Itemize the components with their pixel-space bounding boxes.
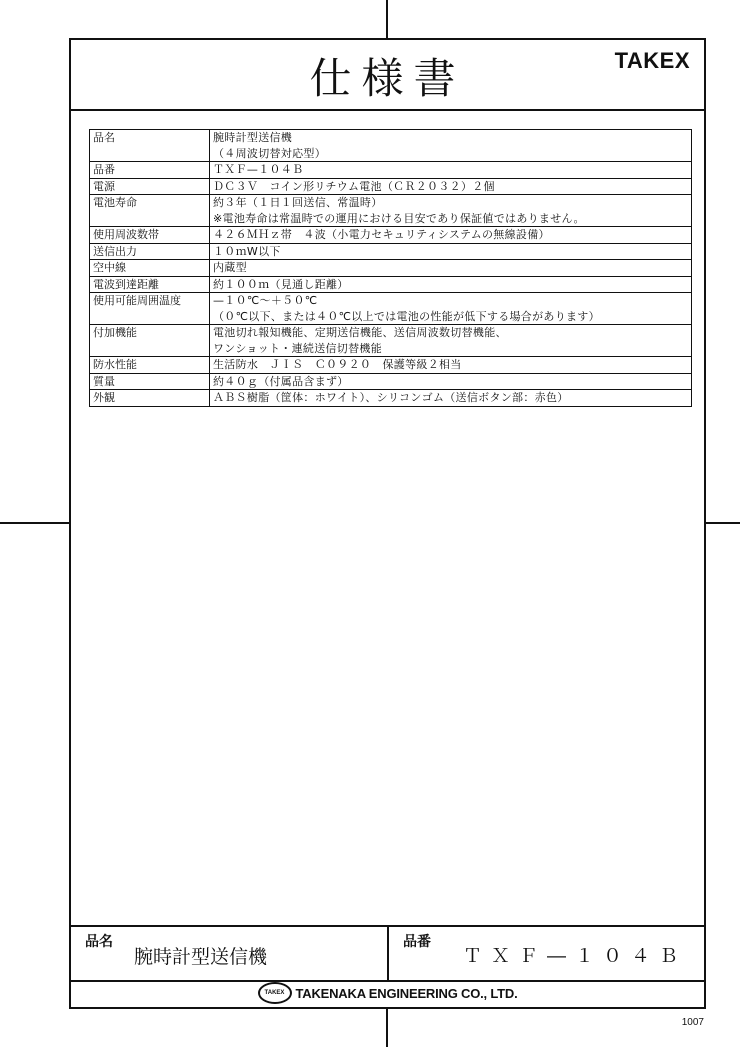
spec-value-line: ＴＸＦ—１０４Ｂ [213, 162, 688, 178]
spec-label: 電波到達距離 [90, 276, 210, 293]
table-row: 品番ＴＸＦ—１０４Ｂ [90, 162, 692, 179]
spec-value-line: 腕時計型送信機 [213, 130, 688, 146]
spec-value: 電池切れ報知機能、定期送信機能、送信周波数切替機能、ワンショット・連続送信切替機… [210, 325, 692, 357]
brand-logo: TAKEX [615, 48, 690, 74]
spec-label: 使用周波数帯 [90, 227, 210, 244]
registration-mark-top [386, 0, 388, 38]
page-title: 仕様書 [71, 46, 704, 106]
spec-value-line: １０ｍW以下 [213, 244, 688, 260]
table-row: 電波到達距離約１００ｍ（見通し距離） [90, 276, 692, 293]
spec-label: 防水性能 [90, 357, 210, 374]
company-name: TAKENAKA ENGINEERING CO., LTD. [296, 986, 518, 1001]
spec-value-line: （４周波切替対応型） [213, 146, 688, 162]
spec-value-line: —１０℃～＋５０℃ [213, 293, 688, 309]
spec-label: 外観 [90, 390, 210, 407]
spec-value: 約３年（１日１回送信、常温時）※電池寿命は常温時での運用における目安であり保証値… [210, 195, 692, 227]
spec-label: 電池寿命 [90, 195, 210, 227]
takex-logo-icon: TAKEX [258, 982, 292, 1004]
footer-number-value: ＴＸＦ—１０４Ｂ [463, 941, 687, 968]
spec-value-line: 約１００ｍ（見通し距離） [213, 277, 688, 293]
registration-mark-right [706, 522, 740, 524]
spec-label: 付加機能 [90, 325, 210, 357]
table-row: 電源ＤＣ３Ｖ コイン形リチウム電池（ＣＲ２０３２）２個 [90, 178, 692, 195]
footer-number-cell: 品番 ＴＸＦ—１０４Ｂ [389, 927, 704, 980]
spec-label: 電源 [90, 178, 210, 195]
table-row: 防水性能生活防水 ＪＩＳ Ｃ０９２０ 保護等級２相当 [90, 357, 692, 374]
footer-number-label: 品番 [403, 931, 431, 951]
spec-value-line: ４２６ＭＨｚ帯 ４波（小電力セキュリティシステムの無線設備） [213, 227, 688, 243]
document-number: 1007 [682, 1017, 704, 1028]
table-row: 質量約４０ｇ（付属品含まず） [90, 373, 692, 390]
spec-value: 約１００ｍ（見通し距離） [210, 276, 692, 293]
spec-label: 送信出力 [90, 243, 210, 260]
registration-mark-bottom [386, 1009, 388, 1047]
registration-mark-left [0, 522, 69, 524]
spec-value-line: 約３年（１日１回送信、常温時） [213, 195, 688, 211]
spec-label: 空中線 [90, 260, 210, 277]
spec-value: 内蔵型 [210, 260, 692, 277]
table-row: 品名腕時計型送信機（４周波切替対応型） [90, 130, 692, 162]
spec-value: 腕時計型送信機（４周波切替対応型） [210, 130, 692, 162]
spec-value-line: 内蔵型 [213, 260, 688, 276]
company-row: TAKEX TAKENAKA ENGINEERING CO., LTD. [71, 978, 704, 1009]
spec-value: ＡＢＳ樹脂（筐体：ホワイト）、シリコンゴム（送信ボタン部：赤色） [210, 390, 692, 407]
spec-label: 質量 [90, 373, 210, 390]
spec-value-line: 電池切れ報知機能、定期送信機能、送信周波数切替機能、 [213, 325, 688, 341]
spec-value: 約４０ｇ（付属品含まず） [210, 373, 692, 390]
spec-value-line: ＤＣ３Ｖ コイン形リチウム電池（ＣＲ２０３２）２個 [213, 179, 688, 195]
spec-label: 品名 [90, 130, 210, 162]
spec-value: ＴＸＦ—１０４Ｂ [210, 162, 692, 179]
spec-value: １０ｍW以下 [210, 243, 692, 260]
title-row: 仕様書 TAKEX [71, 40, 704, 111]
spec-sheet-frame: 仕様書 TAKEX 品名腕時計型送信機（４周波切替対応型）品番ＴＸＦ—１０４Ｂ電… [69, 38, 706, 1009]
table-row: 送信出力１０ｍW以下 [90, 243, 692, 260]
spec-value: ＤＣ３Ｖ コイン形リチウム電池（ＣＲ２０３２）２個 [210, 178, 692, 195]
spec-value-line: ＡＢＳ樹脂（筐体：ホワイト）、シリコンゴム（送信ボタン部：赤色） [213, 390, 688, 406]
spec-value-line: ワンショット・連続送信切替機能 [213, 341, 688, 357]
spec-value: 生活防水 ＪＩＳ Ｃ０９２０ 保護等級２相当 [210, 357, 692, 374]
footer-name-cell: 品名 腕時計型送信機 [71, 927, 389, 980]
spec-table: 品名腕時計型送信機（４周波切替対応型）品番ＴＸＦ—１０４Ｂ電源ＤＣ３Ｖ コイン形… [89, 129, 692, 407]
spec-value: —１０℃～＋５０℃（０℃以下、または４０℃以上では電池の性能が低下する場合があり… [210, 293, 692, 325]
table-row: 使用可能周囲温度—１０℃～＋５０℃（０℃以下、または４０℃以上では電池の性能が低… [90, 293, 692, 325]
footer-name-value: 腕時計型送信機 [134, 942, 267, 969]
spec-label: 使用可能周囲温度 [90, 293, 210, 325]
spec-label: 品番 [90, 162, 210, 179]
table-row: 付加機能電池切れ報知機能、定期送信機能、送信周波数切替機能、ワンショット・連続送… [90, 325, 692, 357]
spec-value-line: 約４０ｇ（付属品含まず） [213, 374, 688, 390]
table-row: 外観ＡＢＳ樹脂（筐体：ホワイト）、シリコンゴム（送信ボタン部：赤色） [90, 390, 692, 407]
spec-value: ４２６ＭＨｚ帯 ４波（小電力セキュリティシステムの無線設備） [210, 227, 692, 244]
spec-value-line: （０℃以下、または４０℃以上では電池の性能が低下する場合があります） [213, 309, 688, 325]
table-row: 使用周波数帯４２６ＭＨｚ帯 ４波（小電力セキュリティシステムの無線設備） [90, 227, 692, 244]
footer-product-info: 品名 腕時計型送信機 品番 ＴＸＦ—１０４Ｂ [71, 925, 704, 982]
spec-value-line: 生活防水 ＪＩＳ Ｃ０９２０ 保護等級２相当 [213, 357, 688, 373]
table-row: 空中線内蔵型 [90, 260, 692, 277]
spec-value-line: ※電池寿命は常温時での運用における目安であり保証値ではありません。 [213, 211, 688, 227]
table-row: 電池寿命約３年（１日１回送信、常温時）※電池寿命は常温時での運用における目安であ… [90, 195, 692, 227]
footer-name-label: 品名 [85, 931, 113, 951]
